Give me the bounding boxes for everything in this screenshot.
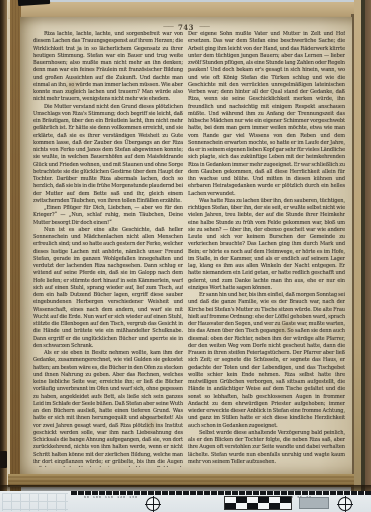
paragraph: Was hatte Riza zu lachen über ihn, den s… [188,198,345,292]
ruler-numbers: 90 100 110 120 130 [84,495,194,499]
dialogue-paragraph: „Einen Pflüger für Dich, Liebchen, — abe… [33,205,183,227]
photographed-book-page: ——743—— Riza lachte, lachte, lachte, und… [0,0,371,512]
paragraph: Die Mutter verstand nicht den Grund dies… [33,104,183,206]
page-block-right-edge [354,0,361,494]
photographic-scale-ruler: 90 100 110 120 130 10 15 20 25 30 35 40 [0,491,371,512]
ruler-grid [2,493,68,511]
paragraph: Nun ist es aber eine alte Geschichte, da… [33,227,183,350]
registration-target-icon [338,497,352,511]
paragraph: Selbst wurde diese anhaltende Verzögerun… [188,430,345,466]
registration-target-icon [146,497,160,511]
book-spine-edge [0,0,7,512]
text-column-right: Der eigene Sohn mußte Vater und Mutter i… [188,31,345,467]
paragraph: Als er sie eben in Besitz nehmen wollte,… [33,350,183,467]
foxing-spot [270,317,300,339]
book-cover-board [365,0,371,512]
text-columns: Riza lachte, lachte, lachte, und sorgenb… [33,31,345,467]
paragraph: Der eigene Sohn mußte Vater und Mutter i… [188,31,345,198]
text-column-left: Riza lachte, lachte, lachte, und sorgenb… [33,31,183,467]
paragraph: Riza lachte, lachte, lachte, und sorgenb… [33,31,183,104]
gray-patch [299,497,329,509]
checkerboard-patch [224,496,292,510]
book-page: ——743—— Riza lachte, lachte, lachte, und… [20,17,352,479]
foxing-spot [60,77,86,95]
clip-mark-bottom [0,451,7,468]
paragraph: Er sann hin und her, bis ihm einfiel, da… [188,292,345,430]
foxing-spot [140,417,164,433]
